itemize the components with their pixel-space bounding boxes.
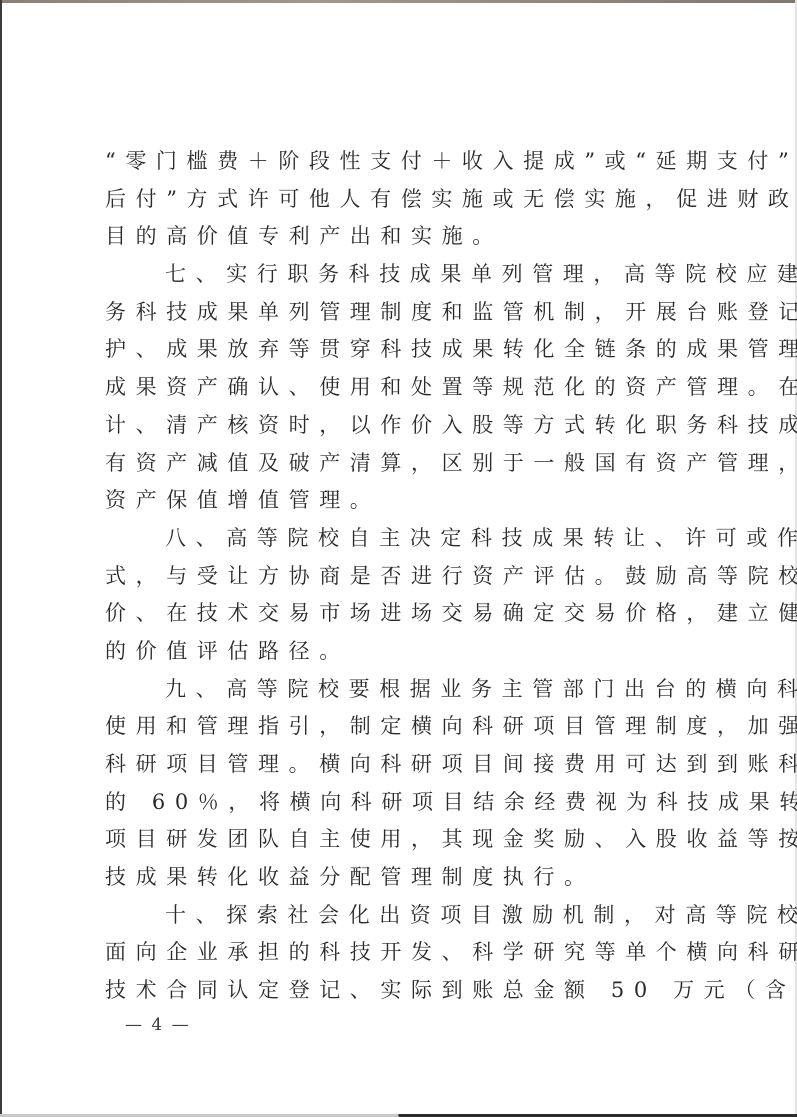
text-line: 的价值评估路径。: [105, 633, 695, 671]
text-line: 计、清产核资时，以作价入股等方式转化职务科技成果形成的国: [105, 407, 695, 445]
paragraph-item-10: 十、探索社会化出资项目激励机制，对高等院校面向市场、 面向企业承担的科技开发、科…: [105, 897, 695, 1010]
text-line: 目的高价值专利产出和实施。: [105, 218, 695, 256]
text-line: 科研项目管理。横向科研项目间接费用可达到到账科研项目经费: [105, 746, 695, 784]
paragraph-item-7: 七、实行职务科技成果单列管理，高等院校应建立本单位职 务科技成果单列管理制度和监…: [105, 256, 695, 520]
text-line: 后付”方式许可他人有偿实施或无偿实施，促进财政资助科研项: [105, 181, 695, 219]
text-line: 九、高等院校要根据业务主管部门出台的横向科研项目经费: [105, 671, 695, 709]
document-body: “零门槛费＋阶段性支付＋收入提成”或“延期支付”等“先用 后付”方式许可他人有偿…: [105, 143, 695, 1010]
paragraph-item-8: 八、高等院校自主决定科技成果转让、许可或作价投资方 式，与受让方协商是否进行资产…: [105, 520, 695, 671]
text-line: 成果资产确认、使用和处置等规范化的资产管理。在国有资产审: [105, 369, 695, 407]
page-number: — 4 —: [125, 1015, 191, 1035]
text-line: 有资产减值及破产清算，区别于一般国有资产管理，不纳入国有: [105, 445, 695, 483]
text-line: 使用和管理指引，制定横向科研项目管理制度，加强和规范横向: [105, 708, 695, 746]
text-line: 技成果转化收益分配管理制度执行。: [105, 859, 695, 897]
text-line: 资产保值增值管理。: [105, 482, 695, 520]
text-line: 式，与受让方协商是否进行资产评估。鼓励高等院校通过协议定: [105, 558, 695, 596]
paragraph-item-9: 九、高等院校要根据业务主管部门出台的横向科研项目经费 使用和管理指引，制定横向科…: [105, 671, 695, 897]
paragraph-continuation: “零门槛费＋阶段性支付＋收入提成”或“延期支付”等“先用 后付”方式许可他人有偿…: [105, 143, 695, 256]
text-line: 技术合同认定登记、实际到账总金额 50 万元（含）以上、通过: [105, 972, 695, 1010]
text-line: 的 60％，将横向科研项目结余经费视为科技成果转化收入，由: [105, 784, 695, 822]
text-line: 护、成果放弃等贯穿科技成果转化全链条的成果管理，实行科技: [105, 331, 695, 369]
text-line: 价、在技术交易市场进场交易确定交易价格，建立健全市场导向: [105, 595, 695, 633]
text-line: 面向企业承担的科技开发、科学研究等单个横向科研项目，完成: [105, 934, 695, 972]
scan-edge-left: [0, 0, 2, 1117]
text-line: “零门槛费＋阶段性支付＋收入提成”或“延期支付”等“先用: [105, 143, 695, 181]
scan-edge-top: [0, 0, 797, 3]
text-line: 七、实行职务科技成果单列管理，高等院校应建立本单位职: [105, 256, 695, 294]
text-line: 八、高等院校自主决定科技成果转让、许可或作价投资方: [105, 520, 695, 558]
text-line: 十、探索社会化出资项目激励机制，对高等院校面向市场、: [105, 897, 695, 935]
text-line: 务科技成果单列管理制度和监管机制，开展台账登记、权利维: [105, 294, 695, 332]
text-line: 项目研发团队自主使用，其现金奖励、入股收益等按照本单位科: [105, 821, 695, 859]
